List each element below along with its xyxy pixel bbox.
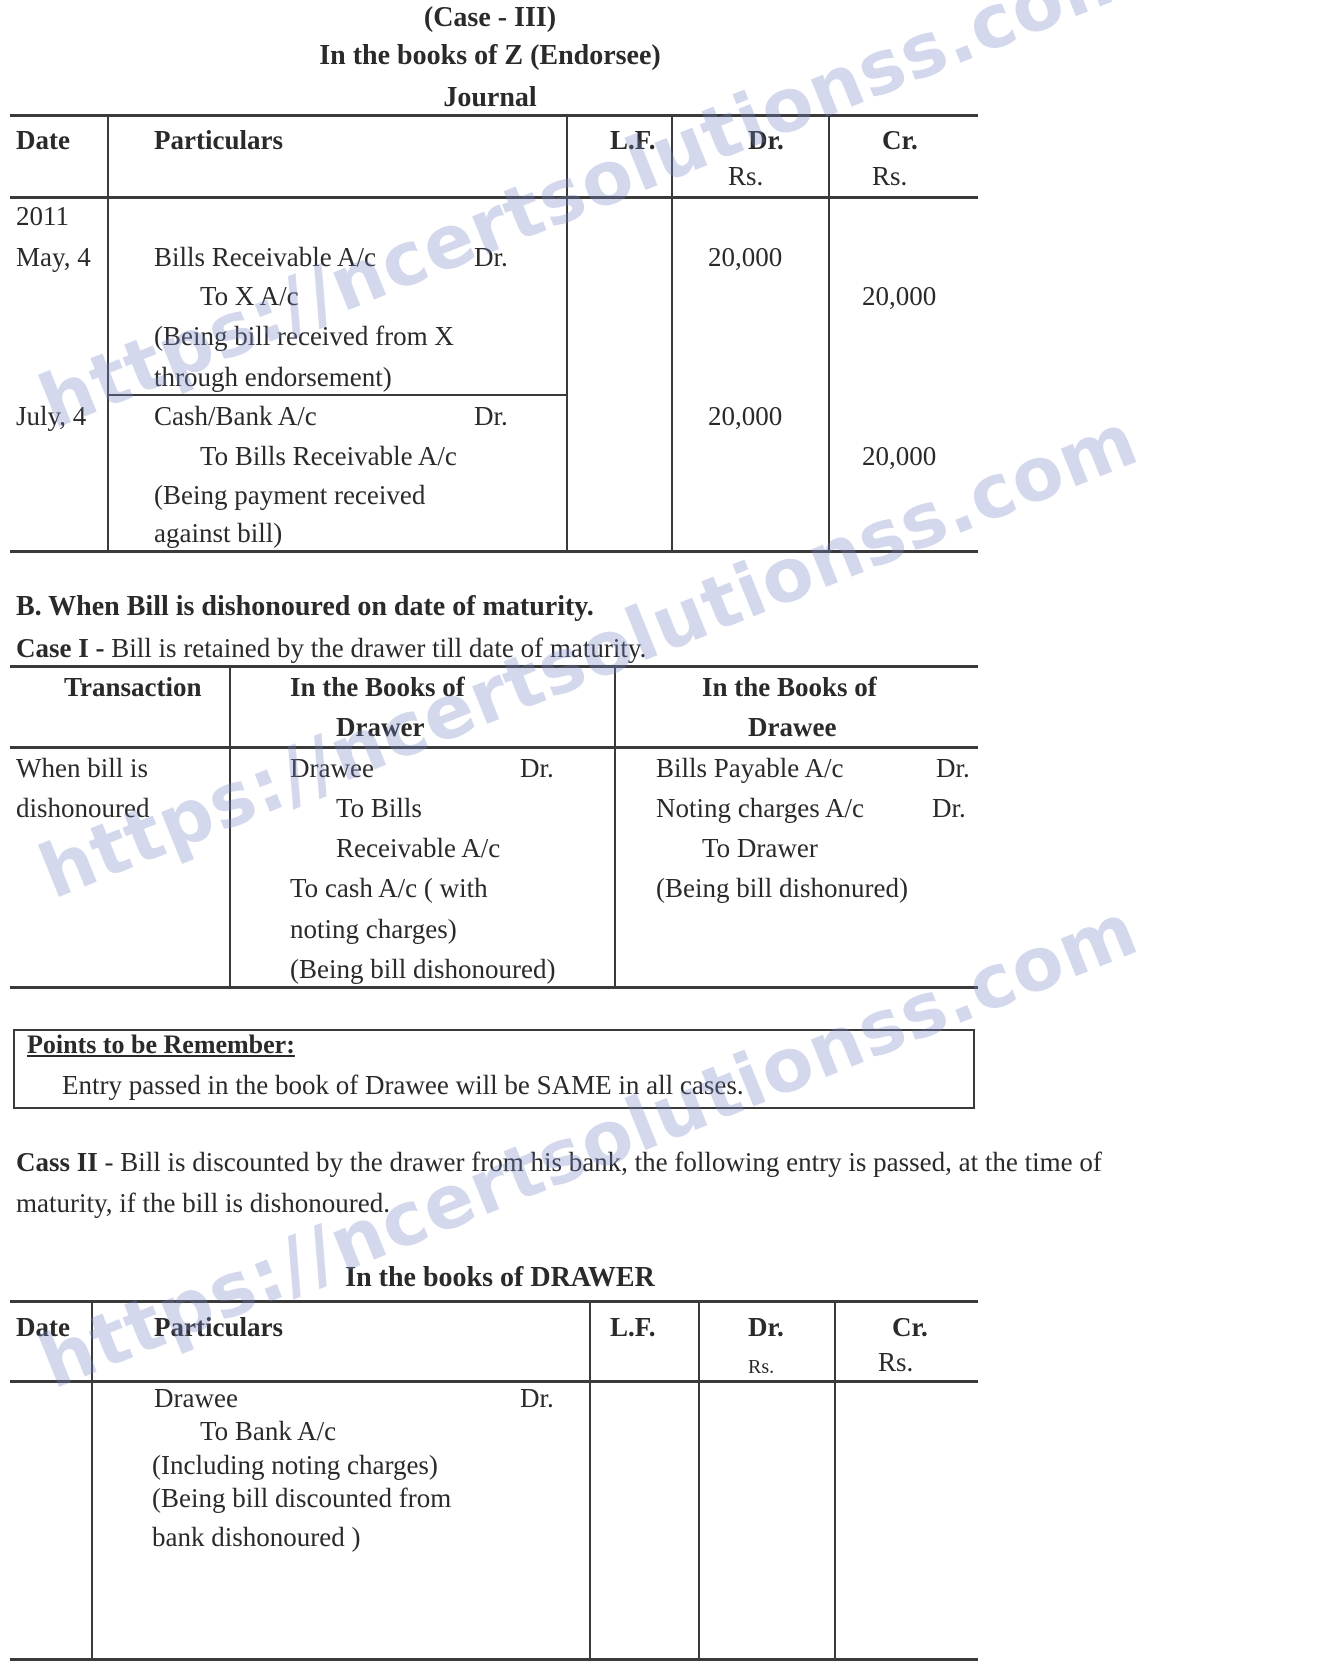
dr-mark: Dr. — [936, 748, 970, 788]
dr-mark: Dr. — [474, 396, 508, 436]
drawer-entry-line: To Bills — [336, 788, 422, 828]
dr-mark: Dr. — [474, 237, 508, 277]
case1-label: Case I - — [16, 633, 105, 663]
narration: against bill) — [154, 513, 282, 553]
header-cr-unit: Rs. — [872, 156, 907, 196]
transaction-text: When bill is — [16, 748, 148, 788]
cr-amount: 20,000 — [862, 276, 936, 316]
header-transaction: Transaction — [64, 667, 202, 707]
note-box: Points to be Remember: Entry passed in t… — [13, 1029, 975, 1109]
entry-date: July, 4 — [16, 396, 86, 436]
header-cr: Cr. — [882, 120, 918, 160]
drawer-entry-line: Drawee — [290, 748, 374, 788]
narration: (Being payment received — [154, 475, 425, 515]
header-dr: Dr. — [748, 1307, 784, 1347]
entry-date: May, 4 — [16, 237, 91, 277]
header-dr: Dr. — [748, 120, 784, 160]
case1-text: Bill is retained by the drawer till date… — [105, 633, 647, 663]
credit-account: To Bills Receivable A/c — [200, 436, 457, 476]
header-lf: L.F. — [610, 1307, 656, 1347]
drawer-books-title: In the books of DRAWER — [0, 1258, 1000, 1298]
note-text: Entry passed in the book of Drawee will … — [62, 1065, 744, 1105]
dr-amount: 20,000 — [708, 237, 782, 277]
case1-description: Case I - Bill is retained by the drawer … — [16, 628, 646, 668]
note-title: Points to be Remember: — [27, 1025, 295, 1065]
header-lf: L.F. — [610, 120, 656, 160]
case2-description: Cass II - Bill is discounted by the draw… — [16, 1142, 1102, 1182]
debit-account: Bills Receivable A/c — [154, 237, 376, 277]
debit-account: Cash/Bank A/c — [154, 396, 317, 436]
drawer-entry-line: To cash A/c ( with — [290, 868, 488, 908]
case2-text: - Bill is discounted by the drawer from … — [98, 1147, 1102, 1177]
drawer-entry-line: Receivable A/c — [336, 828, 500, 868]
case2-text-cont: maturity, if the bill is dishonoured. — [16, 1183, 390, 1223]
narration: through endorsement) — [154, 357, 392, 397]
drawer-entry-line: (Being bill dishonoured) — [290, 949, 555, 989]
narration: (Being bill received from X — [154, 316, 454, 356]
header-drawee-1: In the Books of — [702, 667, 877, 707]
books-title: In the books of Z (Endorsee) — [0, 36, 980, 76]
dr-mark: Dr. — [932, 788, 966, 828]
header-drawee-2: Drawee — [748, 707, 836, 747]
header-cr: Cr. — [892, 1307, 928, 1347]
narration: (Being bill discounted from — [152, 1478, 451, 1518]
header-particulars: Particulars — [154, 1307, 283, 1347]
dr-mark: Dr. — [520, 1378, 554, 1418]
credit-account: To X A/c — [200, 276, 299, 316]
drawee-entry-line: Bills Payable A/c — [656, 748, 843, 788]
header-date: Date — [16, 1307, 70, 1347]
narration: bank dishonoured ) — [152, 1517, 360, 1557]
journal-title: Journal — [0, 78, 980, 118]
cr-amount: 20,000 — [862, 436, 936, 476]
dr-mark: Dr. — [520, 748, 554, 788]
drawee-entry-line: (Being bill dishonured) — [656, 868, 908, 908]
transaction-text: dishonoured — [16, 788, 149, 828]
header-date: Date — [16, 120, 70, 160]
drawer-entry-line: noting charges) — [290, 909, 457, 949]
case-label: (Case - III) — [0, 0, 980, 38]
case2-label: Cass II — [16, 1147, 98, 1177]
header-drawer-2: Drawer — [336, 707, 424, 747]
header-drawer-1: In the Books of — [290, 667, 465, 707]
drawee-entry-line: To Drawer — [702, 828, 818, 868]
section-b-heading: B. When Bill is dishonoured on date of m… — [16, 587, 594, 627]
header-dr-unit: Rs. — [728, 156, 763, 196]
header-cr-unit: Rs. — [878, 1342, 913, 1382]
entry-year: 2011 — [16, 196, 69, 236]
drawee-entry-line: Noting charges A/c — [656, 788, 864, 828]
dr-amount: 20,000 — [708, 396, 782, 436]
header-particulars: Particulars — [154, 120, 283, 160]
header-dr-unit: Rs. — [748, 1347, 774, 1387]
